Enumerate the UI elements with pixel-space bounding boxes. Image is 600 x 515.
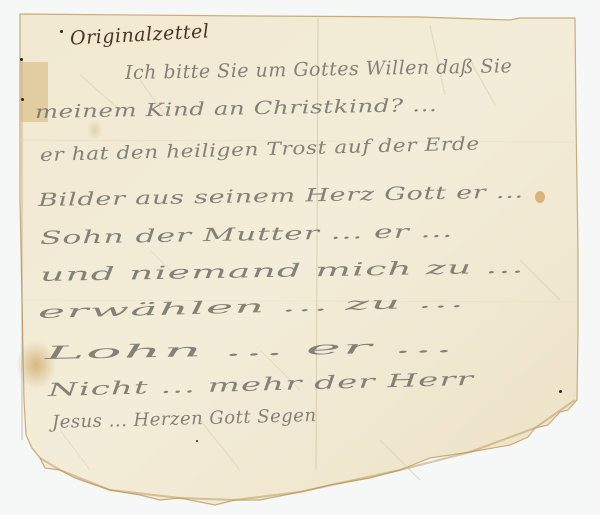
ink-dot xyxy=(559,390,562,393)
ink-dot xyxy=(60,30,63,33)
scan-stage: Originalzettel Ich bitte Sie um Gottes W… xyxy=(0,0,600,515)
ink-dot xyxy=(20,58,23,61)
ink-dot xyxy=(21,98,24,101)
ink-dot xyxy=(196,440,198,442)
